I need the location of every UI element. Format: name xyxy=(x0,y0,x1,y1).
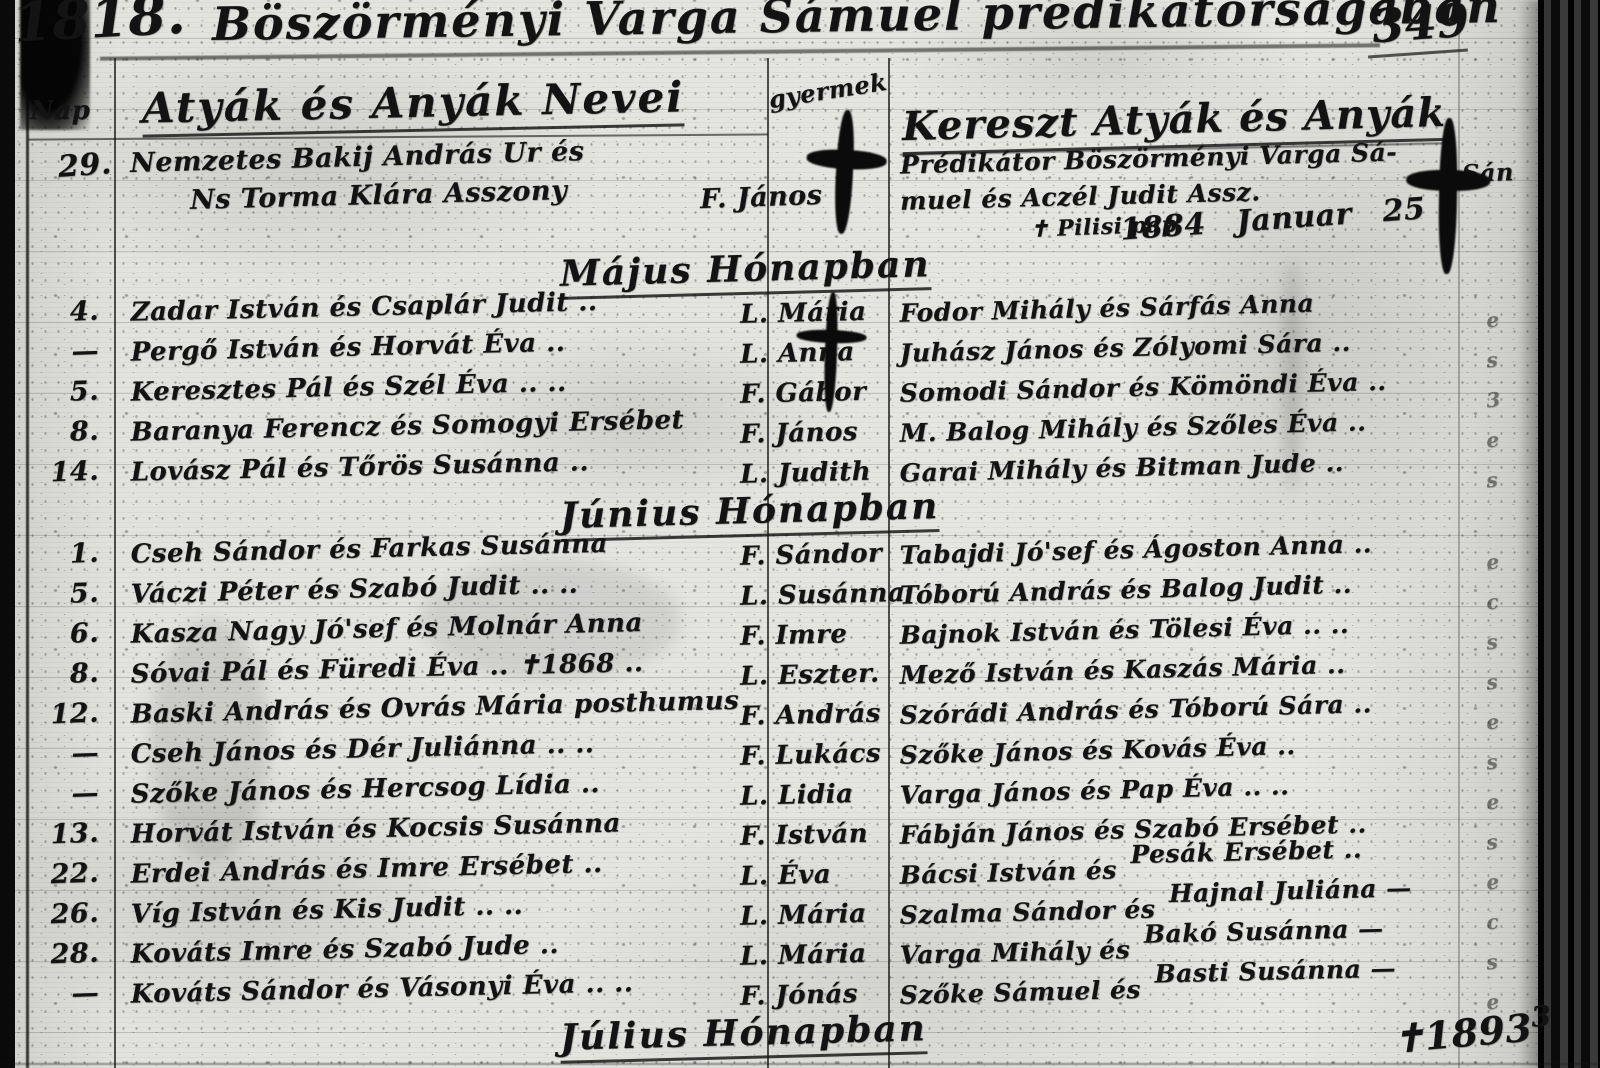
parents-names: Zadar István és Csaplár Judit .. xyxy=(114,283,768,328)
month-section-title: Július Hónapban xyxy=(559,1007,927,1064)
parents-names: Víg István és Kis Judit .. .. xyxy=(114,885,768,930)
godparents-names-line1: Prédikátor Böszörményi Varga Sá- xyxy=(900,137,1398,179)
register-row: 12. Baski András és Ovrás Mária posthumu… xyxy=(0,690,1600,730)
godparents-names: Varga János és Pap Éva .. .. xyxy=(889,767,1460,810)
day-number: 4. xyxy=(0,295,116,330)
ink-cross-annotation-margin xyxy=(1405,117,1492,274)
parents-names-line2: Ns Torma Klára Asszony xyxy=(190,175,568,216)
parents-names: Baski András és Ovrás Mária posthumus xyxy=(114,685,768,730)
godparents-names: Szőke János és Kovás Éva .. xyxy=(889,727,1460,770)
day-number: 8. xyxy=(0,415,116,450)
day-number: 5. xyxy=(0,577,116,612)
register-row-april-29: 29. Nemzetes Bakij András Ur és Ns Torma… xyxy=(0,140,1600,246)
ink-cross-annotation-child xyxy=(803,108,889,236)
day-number: — xyxy=(0,977,116,1012)
parents-names: Szőke János és Hercsog Lídia .. xyxy=(114,765,768,810)
godparents-names: Garai Mihály és Bitman Jude .. xyxy=(889,445,1460,488)
day-number: 8. xyxy=(0,657,116,692)
day-number: — xyxy=(0,737,116,772)
child-name: L. Judith xyxy=(740,456,891,489)
day-number: — xyxy=(0,335,116,370)
parents-names: Baranya Ferencz és Somogyi Ersébet xyxy=(114,403,768,448)
parents-names: Pergő István és Horvát Éva .. xyxy=(114,323,768,368)
parents-names: Cseh Sándor és Farkas Susánna xyxy=(114,525,768,570)
godparents-names: Somodi Sándor és Kömöndi Éva .. xyxy=(889,365,1460,408)
column-header-day: Nap xyxy=(30,96,90,126)
page-number: 349 xyxy=(1370,0,1471,53)
godparents-names: Juhász János és Zólyomi Sára .. xyxy=(889,325,1460,368)
month-section-header: Június Hónapban xyxy=(0,488,1600,530)
godparents-names: Bajnok István és Tölesi Éva .. .. xyxy=(889,607,1460,650)
day-number: 1. xyxy=(0,537,116,572)
godparents-names: M. Balog Mihály és Szőles Éva .. xyxy=(889,405,1460,448)
register-row: 8. Sóvai Pál és Füredi Éva .. ✝1868 .. L… xyxy=(0,650,1600,690)
parents-names: Keresztes Pál és Szél Éva .. .. xyxy=(114,363,768,408)
day-number: 28. xyxy=(0,937,116,972)
godparents-names: Szőke Sámuel ésBasti Susánna — xyxy=(889,967,1460,1010)
parents-names: Erdei András és Imre Ersébet .. xyxy=(114,845,768,890)
child-name: F. Jónás xyxy=(740,978,891,1011)
parents-names: Kasza Nagy Jó'sef és Molnár Anna xyxy=(114,605,768,650)
parents-names: Sóvai Pál és Füredi Éva .. ✝1868 .. xyxy=(114,645,768,690)
month-section-header: Július Hónapban xyxy=(0,1010,1600,1052)
godparents-names: Tabajdi Jó'sef és Ágoston Anna .. xyxy=(889,527,1460,570)
register-row: — Cseh János és Dér Juliánna .. .. F. Lu… xyxy=(0,730,1600,770)
register-row: 14. Lovász Pál és Tőrös Susánna .. L. Ju… xyxy=(0,448,1600,488)
year-label: 1818. xyxy=(12,0,187,54)
register-row: 1. Cseh Sándor és Farkas Susánna F. Sánd… xyxy=(0,530,1600,570)
day-number: 22. xyxy=(0,857,116,892)
column-header-child: gyermek xyxy=(766,67,889,114)
day-number: 26. xyxy=(0,897,116,932)
day-number: 5. xyxy=(0,375,116,410)
parents-names: Kováts Sándor és Vásonyi Éva .. .. xyxy=(114,965,768,1010)
parents-names: Horvát István és Kocsis Susánna xyxy=(114,805,768,850)
day-number: — xyxy=(0,777,116,812)
godparents-names: Tóború András és Balog Judit .. xyxy=(889,567,1460,610)
register-row: — Kováts Sándor és Vásonyi Éva .. .. F. … xyxy=(0,970,1600,1010)
parents-names: Cseh János és Dér Juliánna .. .. xyxy=(114,725,768,770)
bottom-edge-line xyxy=(0,1063,1600,1065)
godparents-names: Szórádi András és Tóború Sára .. xyxy=(889,687,1460,730)
parents-names: Váczi Péter és Szabó Judit .. .. xyxy=(114,565,768,610)
day-number: 6. xyxy=(0,617,116,652)
day-number: 29. xyxy=(57,146,113,185)
cross-glyph: ✝ xyxy=(1030,216,1050,243)
godparents-names: Fodor Mihály és Sárfás Anna xyxy=(889,285,1460,328)
parents-names-line1: Nemzetes Bakij András Ur és xyxy=(130,136,585,179)
register-page-scan: 1818. Böszörményi Varga Sámuel predikáto… xyxy=(0,0,1600,1068)
register-row: 5. Váczi Péter és Szabó Judit .. .. L. S… xyxy=(0,570,1600,610)
godparents-names: Mező István és Kaszás Mária .. xyxy=(889,647,1460,690)
ink-cross-annotation-may xyxy=(794,291,868,413)
superscript-digit: 3 xyxy=(1530,999,1553,1034)
column-header-parents: Atyák és Anyák Nevei xyxy=(141,72,684,137)
parents-names: Lovász Pál és Tőrös Susánna .. xyxy=(114,443,768,488)
day-number: 14. xyxy=(0,455,116,490)
register-row: — Szőke János és Hercsog Lídia .. L. Lid… xyxy=(0,770,1600,810)
day-number: 13. xyxy=(0,817,116,852)
register-row: 6. Kasza Nagy Jó'sef és Molnár Anna F. I… xyxy=(0,610,1600,650)
month-section-header: Május Hónapban xyxy=(0,246,1600,288)
parents-names: Kováts Imre és Szabó Jude .. xyxy=(114,925,768,970)
day-number: 12. xyxy=(0,697,116,732)
register-row: 8. Baranya Ferencz és Somogyi Ersébet F.… xyxy=(0,408,1600,448)
register-body: 29. Nemzetes Bakij András Ur és Ns Torma… xyxy=(0,140,1600,1052)
